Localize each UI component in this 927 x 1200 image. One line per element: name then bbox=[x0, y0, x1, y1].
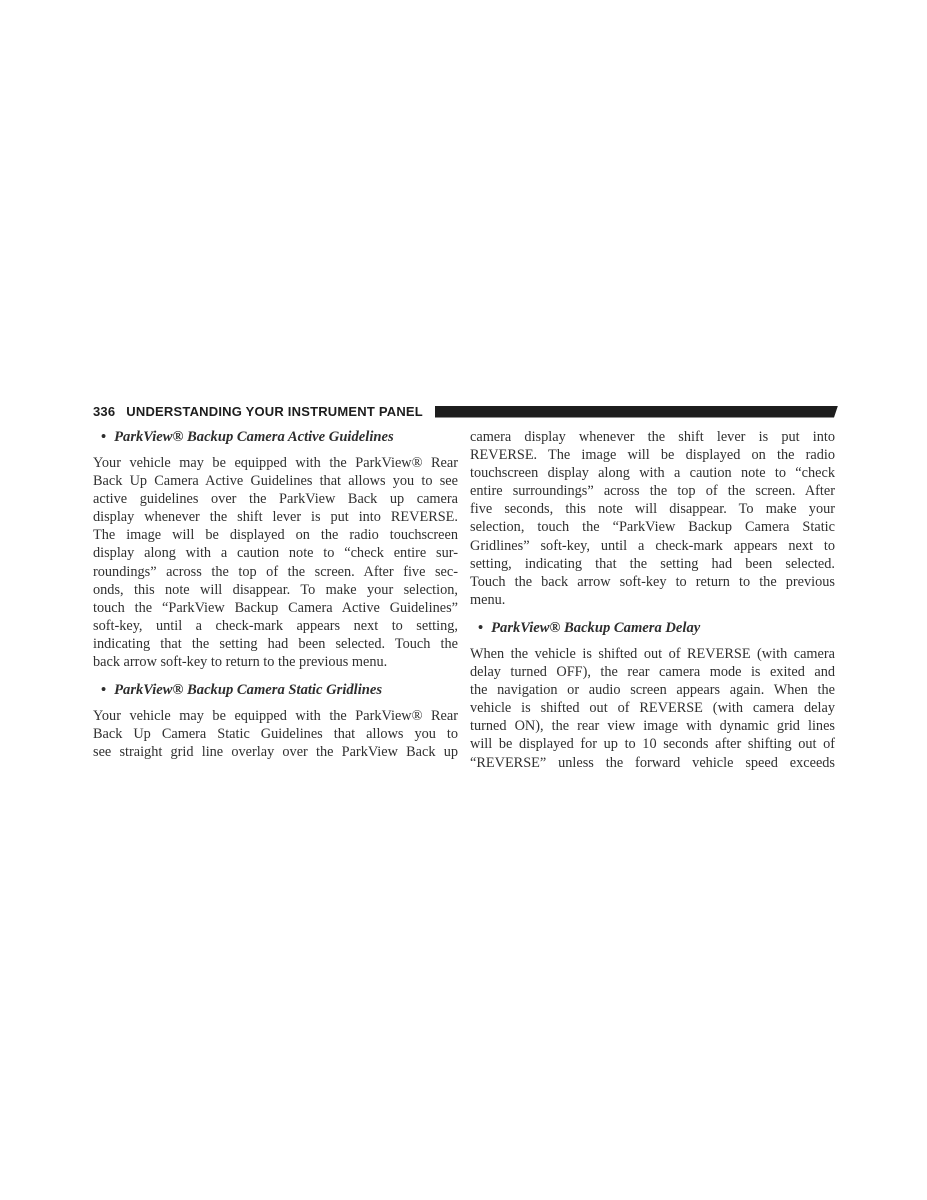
text-line: roundings” across the top of the screen.… bbox=[93, 563, 458, 581]
manual-page: 336 UNDERSTANDING YOUR INSTRUMENT PANEL … bbox=[0, 0, 927, 1200]
text-line: Back Up Camera Static Guidelines that al… bbox=[93, 725, 458, 743]
text-line: the navigation or audio screen appears a… bbox=[470, 681, 835, 699]
text-line: delay turned OFF), the rear camera mode … bbox=[470, 663, 835, 681]
text-line: display whenever the shift lever is put … bbox=[93, 508, 458, 526]
text-line: display along with a caution note to “ch… bbox=[93, 544, 458, 562]
bullet-icon: • bbox=[101, 681, 106, 699]
text-line: Your vehicle may be equipped with the Pa… bbox=[93, 707, 458, 725]
text-line: onds, this note will disappear. To make … bbox=[93, 581, 458, 599]
paragraph: camera display whenever the shift lever … bbox=[470, 428, 835, 609]
text-line: five seconds, this note will disappear. … bbox=[470, 500, 835, 518]
text-line: Touch the back arrow soft-key to return … bbox=[470, 573, 835, 591]
text-line: REVERSE. The image will be displayed on … bbox=[470, 446, 835, 464]
paragraph: When the vehicle is shifted out of REVER… bbox=[470, 645, 835, 772]
text-line: indicating that the setting had been sel… bbox=[93, 635, 458, 653]
bullet-icon: • bbox=[478, 619, 483, 637]
text-line: “REVERSE” unless the forward vehicle spe… bbox=[470, 754, 835, 772]
text-line: soft-key, until a check-mark appears nex… bbox=[93, 617, 458, 635]
header-rule-bar bbox=[435, 406, 838, 418]
text-line: see straight grid line overlay over the … bbox=[93, 743, 458, 761]
text-line: turned ON), the rear view image with dyn… bbox=[470, 717, 835, 735]
section-heading-label: ParkView® Backup Camera Delay bbox=[491, 619, 700, 637]
text-line: active guidelines over the ParkView Back… bbox=[93, 490, 458, 508]
right-column: camera display whenever the shift lever … bbox=[470, 428, 835, 772]
paragraph: Your vehicle may be equipped with the Pa… bbox=[93, 707, 458, 761]
section-heading-label: ParkView® Backup Camera Static Gridlines bbox=[114, 681, 382, 699]
text-line: setting, indicating that the setting had… bbox=[470, 555, 835, 573]
text-line: vehicle is shifted out of REVERSE (with … bbox=[470, 699, 835, 717]
text-line: Back Up Camera Active Guidelines that al… bbox=[93, 472, 458, 490]
text-line: Your vehicle may be equipped with the Pa… bbox=[93, 454, 458, 472]
section-heading: •ParkView® Backup Camera Static Gridline… bbox=[93, 681, 458, 699]
text-line: entire surroundings” across the top of t… bbox=[470, 482, 835, 500]
paragraph: Your vehicle may be equipped with the Pa… bbox=[93, 454, 458, 671]
chapter-title: UNDERSTANDING YOUR INSTRUMENT PANEL bbox=[126, 404, 423, 419]
left-column: •ParkView® Backup Camera Active Guidelin… bbox=[93, 428, 458, 772]
section-heading: •ParkView® Backup Camera Delay bbox=[470, 619, 835, 637]
text-line: will be displayed for up to 10 seconds a… bbox=[470, 735, 835, 753]
text-columns: •ParkView® Backup Camera Active Guidelin… bbox=[93, 428, 835, 772]
section-heading: •ParkView® Backup Camera Active Guidelin… bbox=[93, 428, 458, 446]
page-number: 336 bbox=[93, 404, 115, 419]
bullet-icon: • bbox=[101, 428, 106, 446]
text-line: back arrow soft-key to return to the pre… bbox=[93, 653, 458, 671]
text-line: When the vehicle is shifted out of REVER… bbox=[470, 645, 835, 663]
text-line: touch the “ParkView Backup Camera Active… bbox=[93, 599, 458, 617]
text-line: Gridlines” soft-key, until a check-mark … bbox=[470, 537, 835, 555]
text-line: menu. bbox=[470, 591, 835, 609]
section-heading-label: ParkView® Backup Camera Active Guideline… bbox=[114, 428, 394, 446]
page-header: 336 UNDERSTANDING YOUR INSTRUMENT PANEL bbox=[93, 402, 838, 420]
text-line: The image will be displayed on the radio… bbox=[93, 526, 458, 544]
text-line: touchscreen display along with a caution… bbox=[470, 464, 835, 482]
text-line: camera display whenever the shift lever … bbox=[470, 428, 835, 446]
text-line: selection, touch the “ParkView Backup Ca… bbox=[470, 518, 835, 536]
